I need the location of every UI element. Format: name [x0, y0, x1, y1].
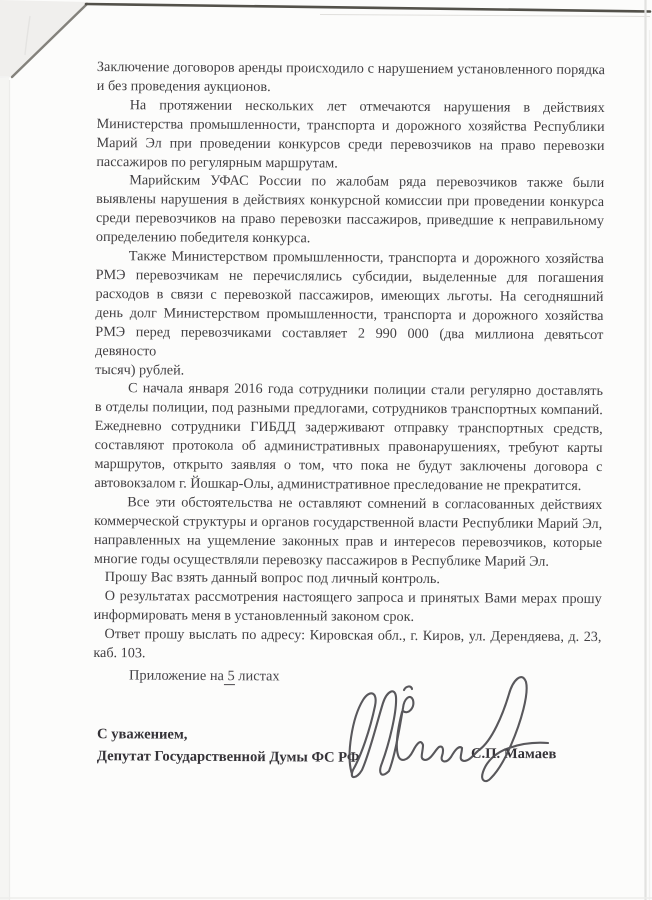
- document-page: Заключение договоров аренды происходило …: [0, 0, 652, 900]
- attachment-suffix: листах: [235, 668, 280, 684]
- letter-body: Заключение договоров аренды происходило …: [93, 58, 605, 666]
- closing-salutation: С уважением,: [97, 723, 360, 747]
- text-line: РМЭ перед перевозчиками составляет 2 990…: [95, 323, 603, 364]
- text-line: Министерства промышленности, транспорта …: [97, 115, 605, 137]
- signature: [350, 677, 548, 781]
- text-line: каб. 103.: [93, 644, 601, 666]
- text-line: Ответ прошу выслать по адресу: Кировская…: [93, 625, 601, 647]
- top-edge-shadow-echo: [320, 15, 650, 17]
- attachment-prefix: Приложение на: [129, 668, 224, 685]
- corner-fold-crease-line: [12, 4, 87, 77]
- attachment-note: Приложение на 5 листах: [129, 668, 280, 686]
- text-line: направленных на ущемление законных прав …: [94, 531, 602, 553]
- top-edge-shadow: [86, 4, 650, 12]
- page-corner-fold: [0, 0, 88, 78]
- text-line: Марий Эл при проведении конкурсов среди …: [96, 134, 604, 156]
- attachment-page-count: 5: [224, 668, 235, 685]
- closing-block: С уважением, Депутат Государственной Дум…: [97, 723, 360, 769]
- left-edge-shade: [0, 76, 9, 900]
- text-line: коммерческой структуры и органов государ…: [94, 512, 602, 534]
- corner-crease-faint: [25, 16, 30, 55]
- signee-name: С.П. Мамаев: [471, 746, 557, 764]
- closing-title: Депутат Государственной Думы ФС РФ: [97, 745, 360, 769]
